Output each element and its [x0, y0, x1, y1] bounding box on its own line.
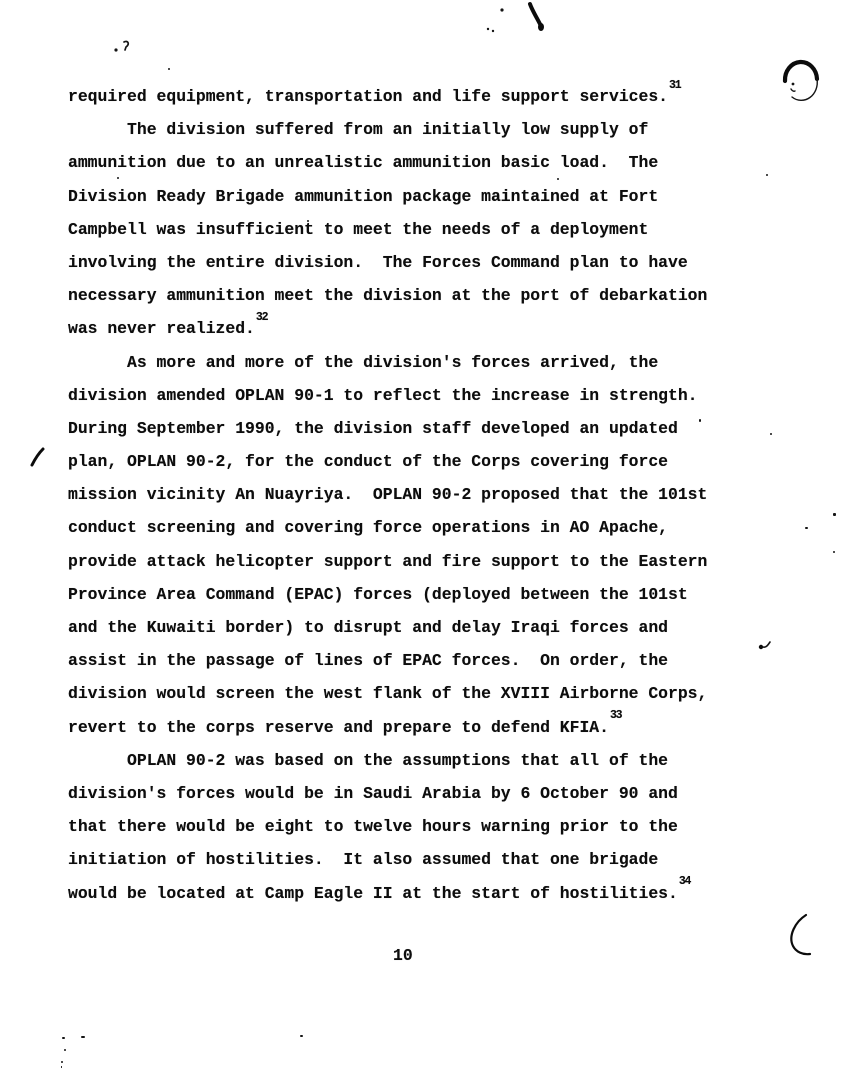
circle-scribble-icon — [780, 57, 824, 105]
ink-speck — [307, 220, 309, 222]
ink-speck — [64, 1049, 66, 1051]
document-body: required equipment, transportation and l… — [68, 80, 707, 910]
ink-speck — [117, 177, 119, 179]
text-line: During September 1990, the division staf… — [68, 412, 707, 445]
text-line: The division suffered from an initially … — [68, 113, 707, 146]
text-line: Province Area Command (EPAC) forces (dep… — [68, 578, 707, 611]
text-line: would be located at Camp Eagle II at the… — [68, 877, 707, 910]
text-line: division amended OPLAN 90-1 to reflect t… — [68, 379, 707, 412]
text-line: mission vicinity An Nuayriya. OPLAN 90-2… — [68, 478, 707, 511]
text-line: As more and more of the division's force… — [68, 346, 707, 379]
ink-speck — [557, 178, 559, 180]
open-paren-mark-icon — [780, 912, 816, 958]
ink-speck — [766, 174, 768, 176]
text-line: involving the entire division. The Force… — [68, 246, 707, 279]
ink-speck — [833, 551, 835, 553]
footnote-ref: 34 — [679, 875, 690, 888]
text-line: initiation of hostilities. It also assum… — [68, 843, 707, 876]
text-line: was never realized.32 — [68, 312, 707, 345]
text-line: division would screen the west flank of … — [68, 677, 707, 710]
text-line: plan, OPLAN 90-2, for the conduct of the… — [68, 445, 707, 478]
text-line: division's forces would be in Saudi Arab… — [68, 777, 707, 810]
text-line: ammunition due to an unrealistic ammunit… — [68, 146, 707, 179]
text-line: revert to the corps reserve and prepare … — [68, 711, 707, 744]
ink-speck — [699, 419, 701, 422]
text-line: provide attack helicopter support and fi… — [68, 545, 707, 578]
pen-stroke-icon — [484, 1, 550, 37]
ink-speck — [770, 433, 772, 435]
text-line: required equipment, transportation and l… — [68, 80, 707, 113]
text-line: conduct screening and covering force ope… — [68, 511, 707, 544]
text-line: Division Ready Brigade ammunition packag… — [68, 180, 707, 213]
slash-mark-icon — [28, 446, 48, 468]
footnote-ref: 31 — [669, 79, 680, 92]
ink-speck — [833, 513, 836, 516]
text-line: OPLAN 90-2 was based on the assumptions … — [68, 744, 707, 777]
ink-speck — [61, 1066, 62, 1068]
ink-speck — [81, 1036, 85, 1038]
text-line: assist in the passage of lines of EPAC f… — [68, 644, 707, 677]
ink-speck — [805, 527, 808, 529]
ink-speck — [62, 1037, 65, 1039]
text-line: that there would be eight to twelve hour… — [68, 810, 707, 843]
dot-question-squiggle-icon — [112, 38, 134, 54]
footnote-ref: 33 — [610, 709, 621, 722]
page-number: 10 — [393, 946, 413, 965]
text-line: Campbell was insufficient to meet the ne… — [68, 213, 707, 246]
ink-speck — [300, 1035, 303, 1037]
ink-speck — [61, 1061, 63, 1063]
document-page: required equipment, transportation and l… — [0, 0, 850, 1087]
check-mark-icon — [755, 637, 775, 653]
text-line: necessary ammunition meet the division a… — [68, 279, 707, 312]
text-line: and the Kuwaiti border) to disrupt and d… — [68, 611, 707, 644]
ink-speck — [168, 68, 170, 70]
footnote-ref: 32 — [256, 311, 267, 324]
